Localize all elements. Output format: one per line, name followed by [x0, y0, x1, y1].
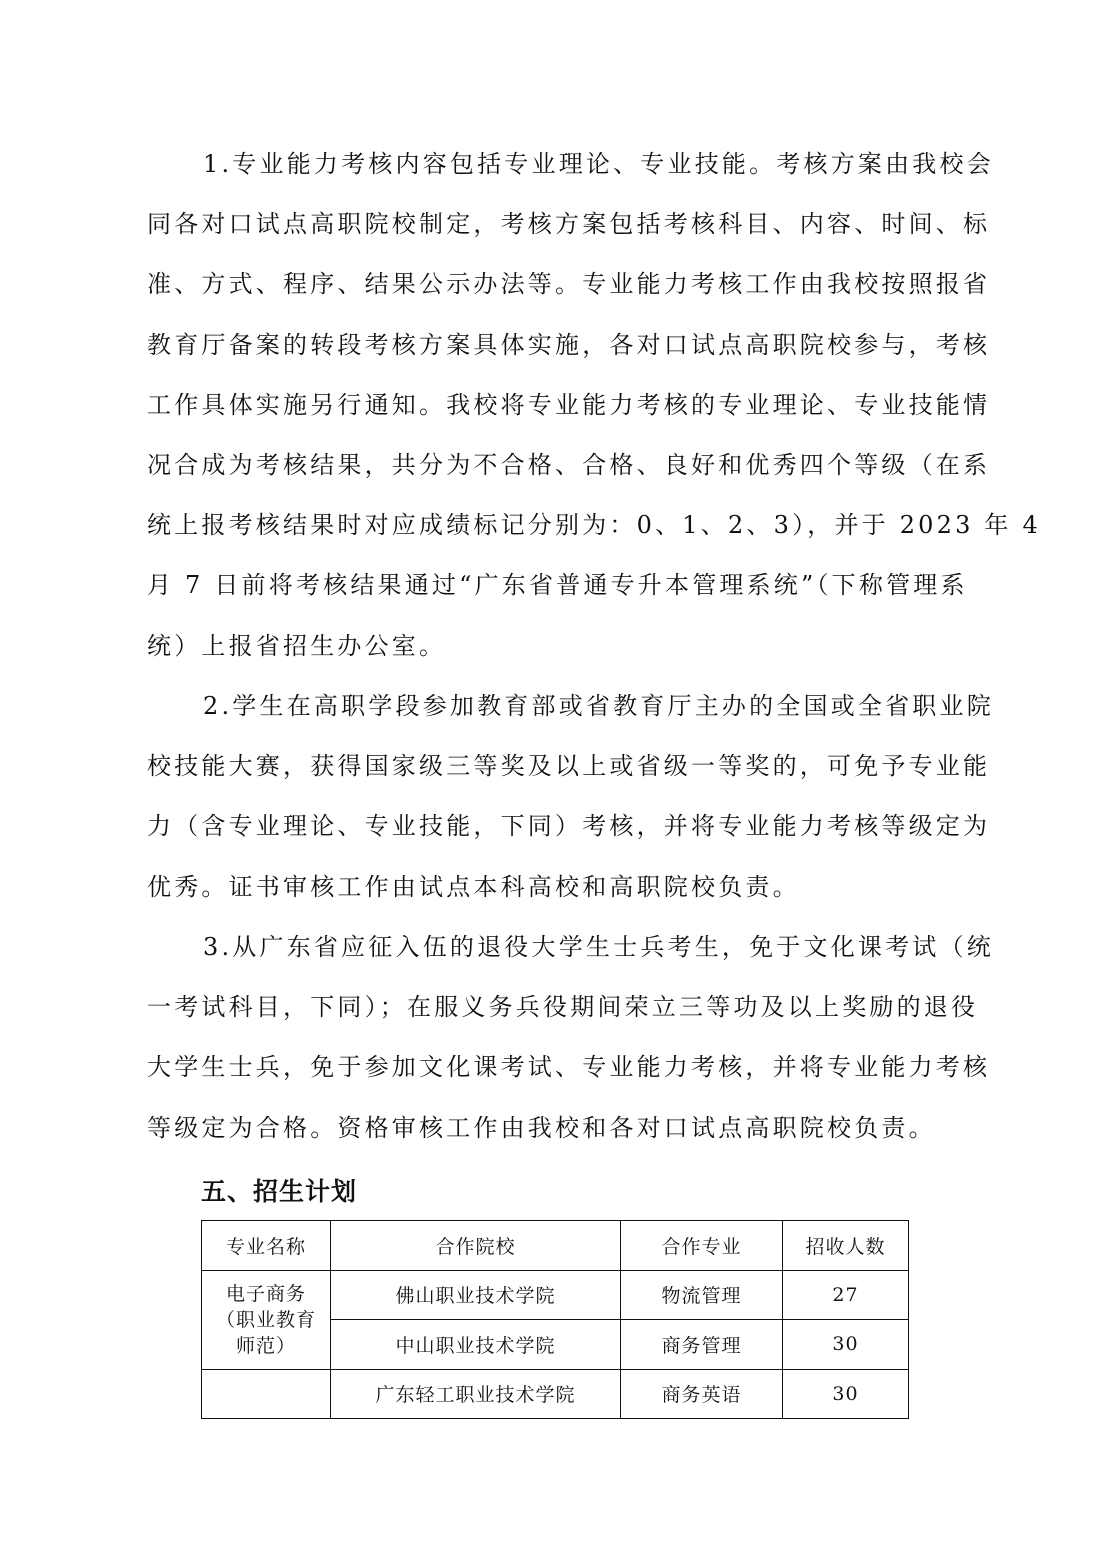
- table-header-row: 专业名称 合作院校 合作专业 招收人数: [202, 1221, 909, 1271]
- text-line: 1.专业能力考核内容包括专业理论、专业技能。考核方案由我校会: [147, 134, 957, 194]
- text-line: 月 7 日前将考核结果通过“广东省普通专升本管理系统”（下称管理系: [147, 555, 957, 615]
- table-row: 广东轻工职业技术学院 商务英语 30: [202, 1369, 909, 1419]
- partner-school-cell: 中山职业技术学院: [331, 1320, 621, 1370]
- header-major: 专业名称: [202, 1221, 331, 1271]
- document-page: 1.专业能力考核内容包括专业理论、专业技能。考核方案由我校会 同各对口试点高职院…: [0, 0, 1102, 1559]
- partner-major-cell: 物流管理: [621, 1270, 783, 1320]
- text-line: 大学生士兵，免于参加文化课考试、专业能力考核，并将专业能力考核: [147, 1037, 957, 1097]
- enrollment-count-cell: 30: [783, 1369, 909, 1419]
- text-line: 力（含专业理论、专业技能，下同）考核，并将专业能力考核等级定为: [147, 796, 957, 856]
- text-line: 优秀。证书审核工作由试点本科高校和高职院校负责。: [147, 857, 957, 917]
- partner-major-cell: 商务英语: [621, 1369, 783, 1419]
- major-name-cell: 电子商务 （职业教育 师范）: [202, 1270, 331, 1369]
- text-line: 同各对口试点高职院校制定，考核方案包括考核科目、内容、时间、标: [147, 194, 957, 254]
- text-line: 统上报考核结果时对应成绩标记分别为：0、1、2、3），并于 2023 年 4: [147, 495, 957, 555]
- major-line: 电子商务: [202, 1281, 330, 1307]
- enrollment-count-cell: 27: [783, 1270, 909, 1320]
- header-enrollment-count: 招收人数: [783, 1221, 909, 1271]
- text-line: 3.从广东省应征入伍的退役大学生士兵考生，免于文化课考试（统: [147, 917, 957, 977]
- text-line: 准、方式、程序、结果公示办法等。专业能力考核工作由我校按照报省: [147, 254, 957, 314]
- major-line: （职业教育: [202, 1307, 330, 1333]
- enrollment-count-cell: 30: [783, 1320, 909, 1370]
- table-row: 电子商务 （职业教育 师范） 佛山职业技术学院 物流管理 27: [202, 1270, 909, 1320]
- section-heading: 五、招生计划: [201, 1172, 357, 1208]
- paragraph-item-2: 2.学生在高职学段参加教育部或省教育厅主办的全国或全省职业院 校技能大赛，获得国…: [147, 676, 957, 917]
- text-line: 教育厅备案的转段考核方案具体实施，各对口试点高职院校参与，考核: [147, 315, 957, 375]
- text-line: 等级定为合格。资格审核工作由我校和各对口试点高职院校负责。: [147, 1098, 957, 1158]
- partner-school-cell: 广东轻工职业技术学院: [331, 1369, 621, 1419]
- text-line: 工作具体实施另行通知。我校将专业能力考核的专业理论、专业技能情: [147, 375, 957, 435]
- paragraph-item-1: 1.专业能力考核内容包括专业理论、专业技能。考核方案由我校会 同各对口试点高职院…: [147, 134, 957, 676]
- partner-major-cell: 商务管理: [621, 1320, 783, 1370]
- text-line: 校技能大赛，获得国家级三等奖及以上或省级一等奖的，可免予专业能: [147, 736, 957, 796]
- partner-school-cell: 佛山职业技术学院: [331, 1270, 621, 1320]
- paragraph-item-3: 3.从广东省应征入伍的退役大学生士兵考生，免于文化课考试（统 一考试科目，下同）…: [147, 917, 957, 1158]
- text-line: 2.学生在高职学段参加教育部或省教育厅主办的全国或全省职业院: [147, 676, 957, 736]
- text-line: 统）上报省招生办公室。: [147, 616, 957, 676]
- header-partner-major: 合作专业: [621, 1221, 783, 1271]
- enrollment-plan-table: 专业名称 合作院校 合作专业 招收人数 电子商务 （职业教育 师范） 佛山职业技…: [201, 1220, 909, 1419]
- major-line: 师范）: [202, 1333, 330, 1359]
- major-name-cell-empty: [202, 1369, 331, 1419]
- text-line: 况合成为考核结果，共分为不合格、合格、良好和优秀四个等级（在系: [147, 435, 957, 495]
- header-partner-school: 合作院校: [331, 1221, 621, 1271]
- text-line: 一考试科目，下同）；在服义务兵役期间荣立三等功及以上奖励的退役: [147, 977, 957, 1037]
